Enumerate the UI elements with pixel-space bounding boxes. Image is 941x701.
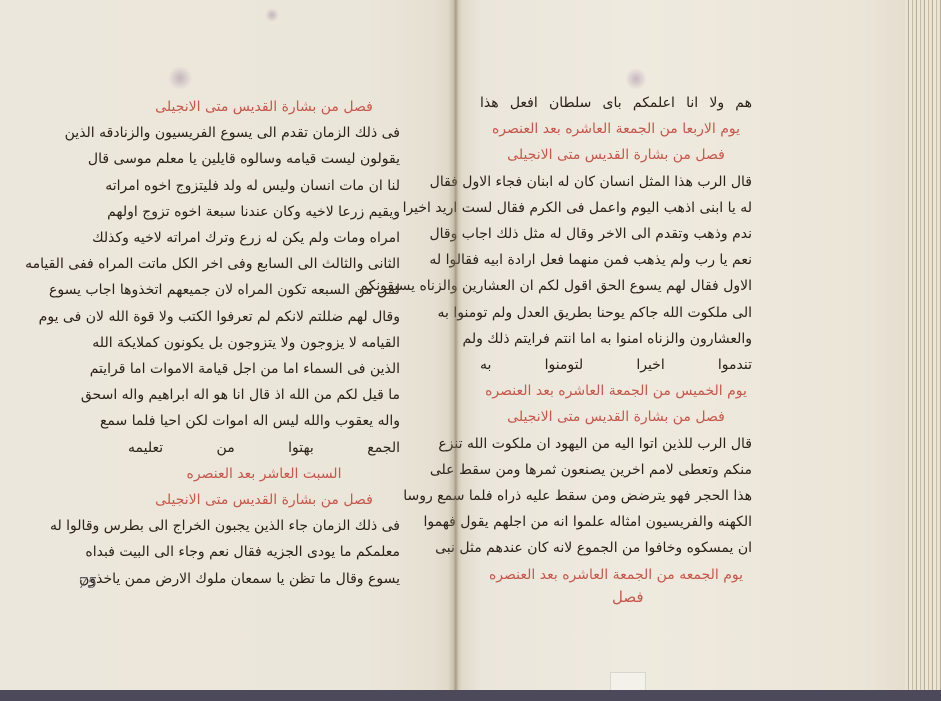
right-text-block: هم ولا انا اعلمكم باى سلطان افعل هذايوم … <box>480 88 752 588</box>
ink-stain <box>168 66 192 90</box>
book-gutter <box>448 0 462 694</box>
text-line: يسوع وقال ما تظن يا سمعان ملوك الارض ممن… <box>128 564 400 594</box>
ink-stain <box>265 8 279 22</box>
ink-stain <box>625 68 647 90</box>
manuscript-spread: فصل من بشارة القديس متى الانجيلىفى ذلك ا… <box>0 0 941 694</box>
left-text-block: فصل من بشارة القديس متى الانجيلىفى ذلك ا… <box>128 92 400 592</box>
page-edges <box>905 0 941 694</box>
left-page: فصل من بشارة القديس متى الانجيلىفى ذلك ا… <box>0 0 455 694</box>
folio-number: 75 <box>78 574 97 592</box>
catchword: فصل <box>612 588 644 606</box>
rubric-heading: يوم الجمعه من الجمعة العاشره بعد العنصره <box>480 560 752 590</box>
background-surface <box>0 690 941 701</box>
right-page: هم ولا انا اعلمكم باى سلطان افعل هذايوم … <box>455 0 910 694</box>
